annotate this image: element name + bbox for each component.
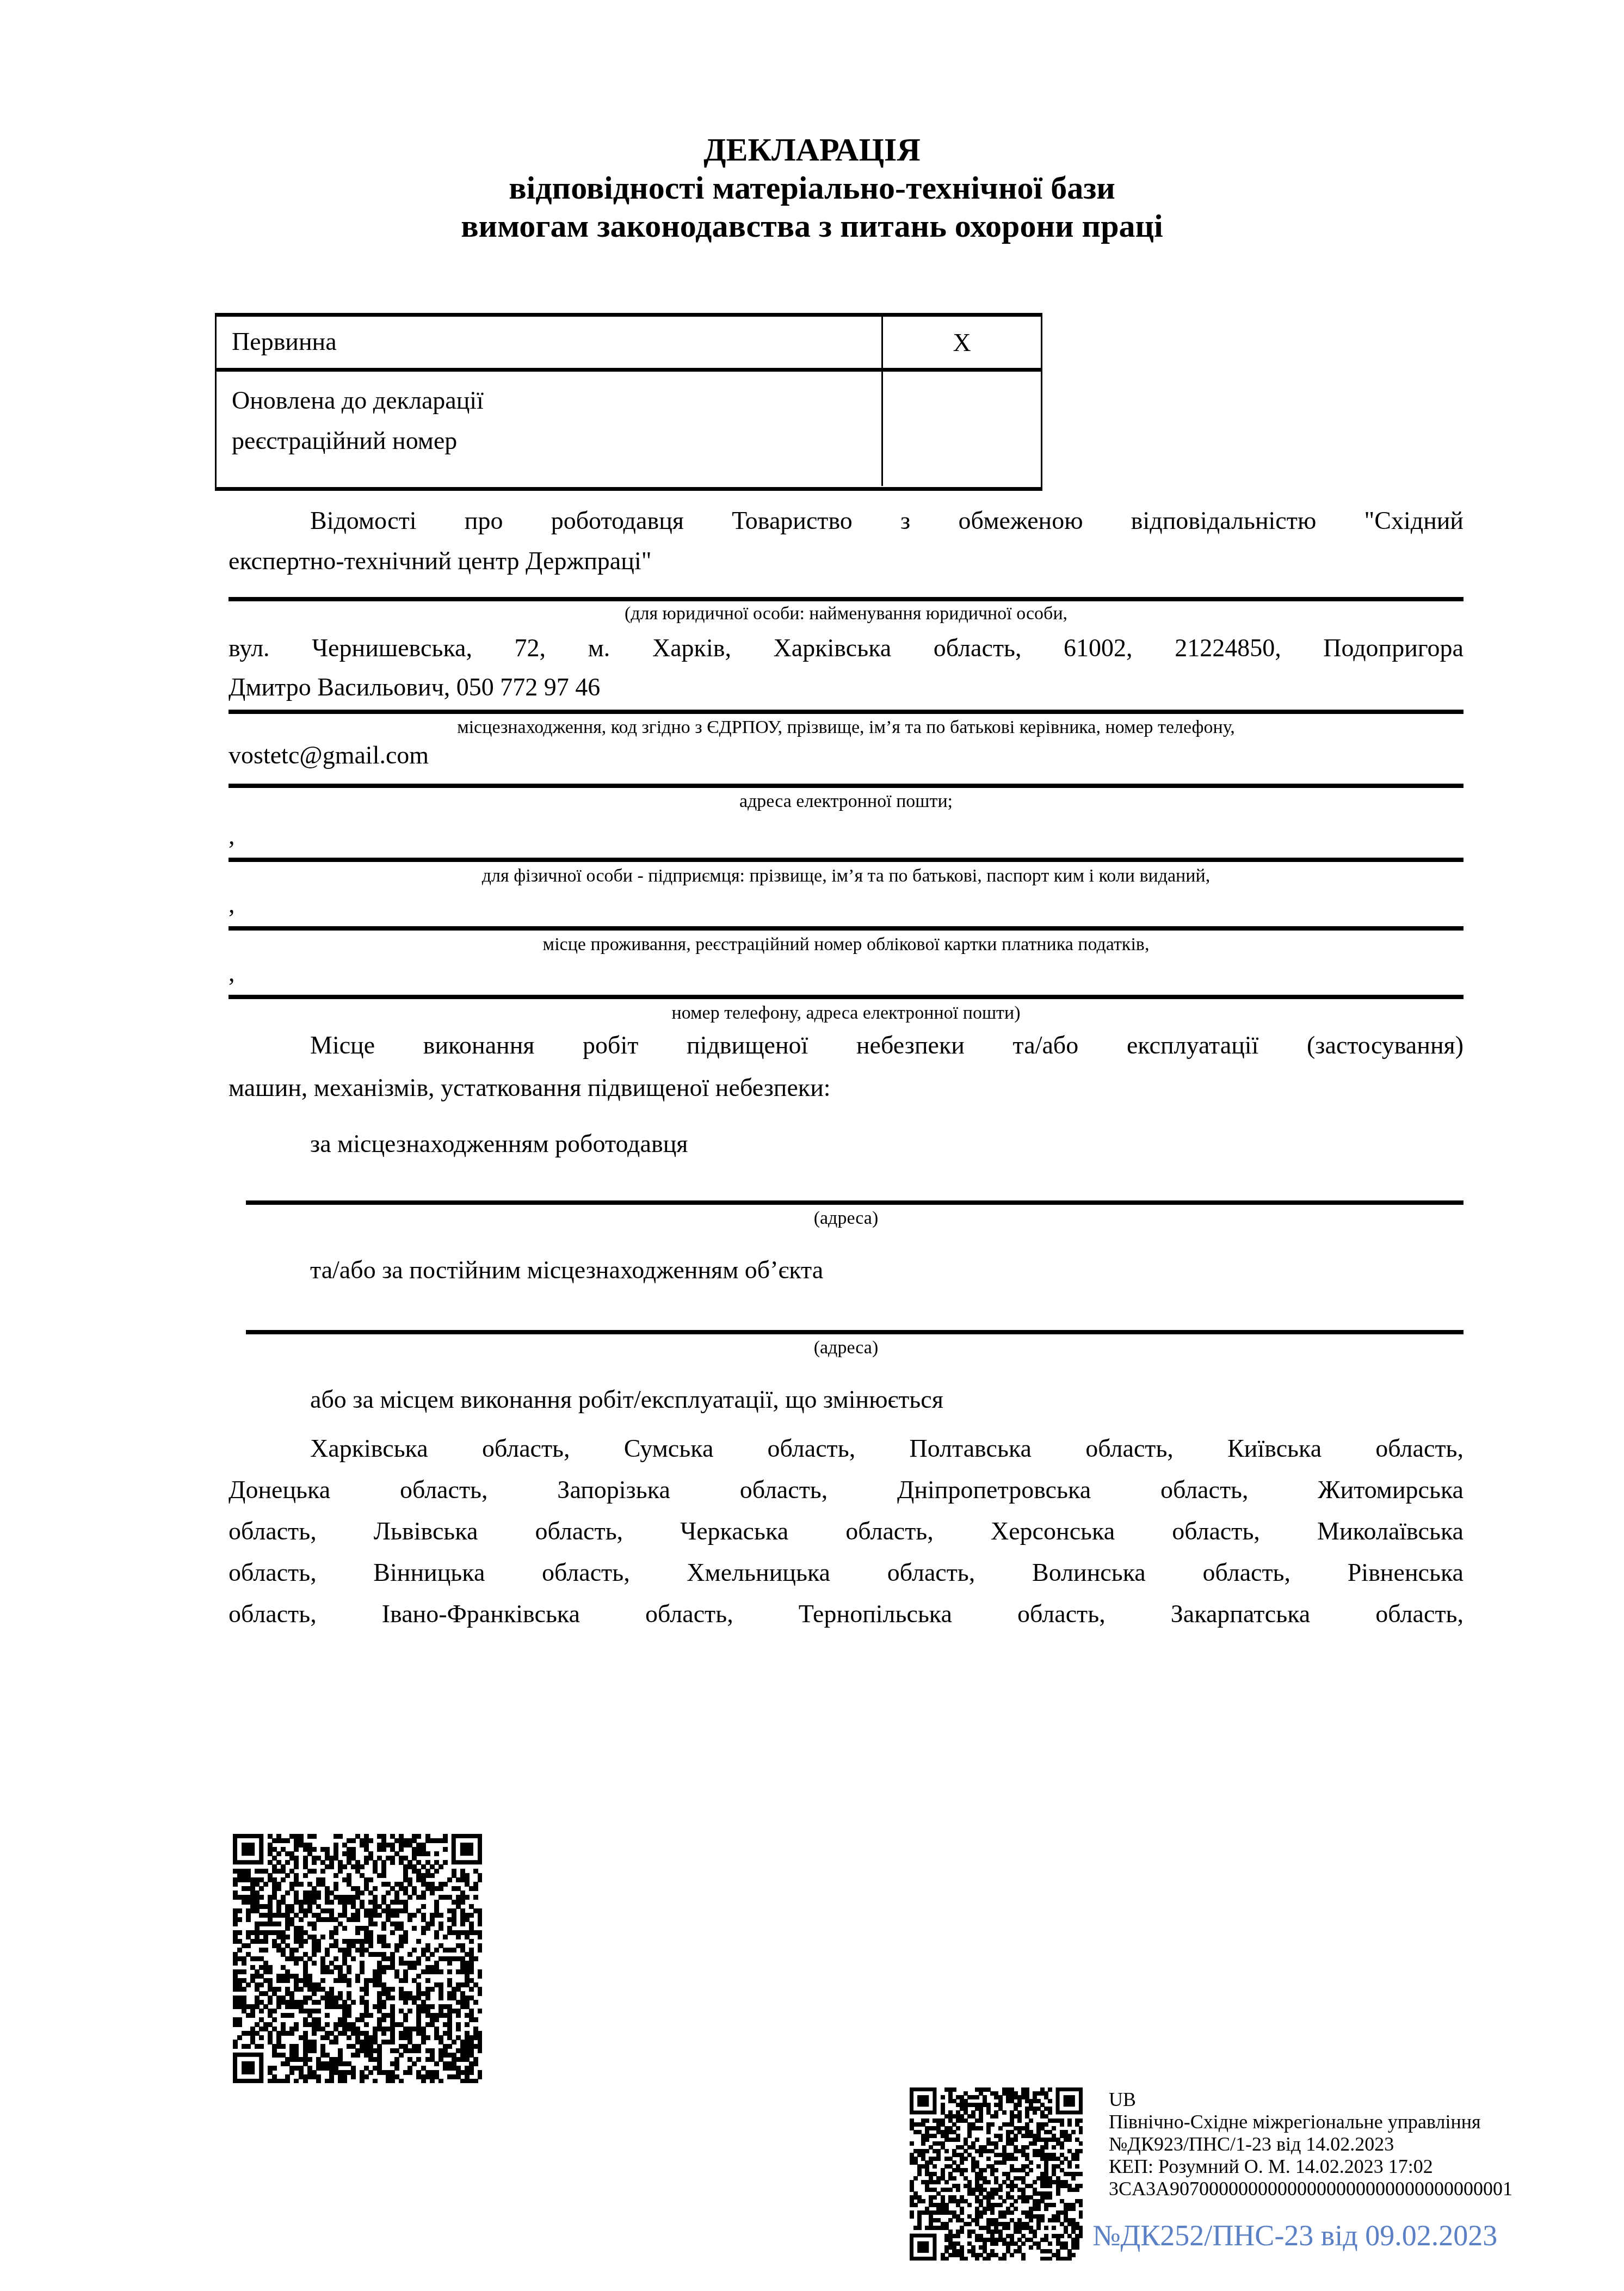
primary-label-cell: Первинна — [217, 317, 883, 368]
employer-line: Відомості про роботодавця Товариство з о… — [229, 501, 1464, 541]
address-caption: (адреса) — [229, 1336, 1464, 1360]
regions-line: область, Івано-Франківська область, Терн… — [229, 1593, 1464, 1635]
email-line: vostetc@gmail.com — [229, 736, 1464, 775]
form-caption-legal-entity: (для юридичної особи: найменування юриди… — [229, 602, 1464, 626]
address-line: Дмитро Васильович, 050 772 97 46 — [229, 668, 1464, 707]
underline — [246, 1330, 1464, 1334]
underline — [229, 858, 1464, 862]
table-row: Первинна X — [217, 317, 1041, 372]
signature-stamp-text: UB Північно-Східне міжрегіональне управл… — [1109, 2089, 1512, 2200]
primary-mark-cell: X — [883, 317, 1041, 368]
stamp-line: UB — [1109, 2089, 1512, 2111]
comma-line: , — [229, 885, 1464, 924]
document-page: ДЕКЛАРАЦІЯ відповідності матеріально-тех… — [0, 0, 1624, 2291]
updated-label-line: Оновлена до декларації — [232, 380, 881, 421]
employer-line: експертно-технічний центр Держпраці" — [229, 541, 1464, 581]
stamp-line: КЕП: Розумний О. М. 14.02.2023 17:02 — [1109, 2155, 1512, 2178]
updated-mark-cell — [883, 372, 1041, 486]
regions-line: область, Вінницька область, Хмельницька … — [229, 1552, 1464, 1593]
object-location-line: та/або за постійним місцезнаходженням об… — [229, 1251, 1464, 1290]
updated-label-line: реєстраційний номер — [232, 421, 881, 461]
document-title: ДЕКЛАРАЦІЯ відповідності матеріально-тех… — [0, 131, 1624, 245]
form-caption-phone-email: номер телефону, адреса електронної пошти… — [229, 1001, 1464, 1025]
declaration-type-table: Первинна X Оновлена до декларації реєстр… — [215, 313, 1042, 491]
stamp-line: №ДК923/ПНС/1-23 від 14.02.2023 — [1109, 2133, 1512, 2155]
address-paragraph: вул. Чернишевська, 72, м. Харків, Харків… — [229, 629, 1464, 707]
changing-location-line: або за місцем виконання робіт/експлуатац… — [229, 1380, 1464, 1419]
regions-line: Донецька область, Запорізька область, Дн… — [229, 1469, 1464, 1511]
underline — [229, 926, 1464, 931]
regions-paragraph: Харківська область, Сумська область, Пол… — [229, 1428, 1464, 1635]
employer-paragraph: Відомості про роботодавця Товариство з о… — [229, 501, 1464, 581]
title-line: вимогам законодавства з питань охорони п… — [0, 207, 1624, 245]
regions-line: Харківська область, Сумська область, Пол… — [229, 1428, 1464, 1469]
underline — [229, 995, 1464, 999]
stamp-line: 3CA3A90700000000000000000000000000000001 — [1109, 2178, 1512, 2200]
declaration-qr-code-icon — [233, 1834, 482, 2083]
underline — [229, 710, 1464, 714]
underline — [246, 1200, 1464, 1205]
address-line: вул. Чернишевська, 72, м. Харків, Харків… — [229, 629, 1464, 668]
updated-label-cell: Оновлена до декларації реєстраційний ном… — [217, 372, 883, 486]
registration-number: №ДК252/ПНС-23 від 09.02.2023 — [1092, 2219, 1497, 2252]
address-caption: (адреса) — [229, 1206, 1464, 1230]
title-line: ДЕКЛАРАЦІЯ — [0, 131, 1624, 169]
comma-line: , — [229, 816, 1464, 855]
comma-line: , — [229, 953, 1464, 993]
underline — [229, 784, 1464, 788]
workplace-line: машин, механізмів, устатковання підвищен… — [229, 1067, 1464, 1109]
underline — [229, 597, 1464, 601]
workplace-paragraph: Місце виконання робіт підвищеної небезпе… — [229, 1024, 1464, 1109]
stamp-line: Північно-Східне міжрегіональне управлінн… — [1109, 2111, 1512, 2133]
regions-line: область, Львівська область, Черкаська об… — [229, 1511, 1464, 1552]
title-line: відповідності матеріально-технічної бази — [0, 169, 1624, 207]
form-caption-email: адреса електронної пошти; — [229, 790, 1464, 814]
employer-location-line: за місцезнаходженням роботодавця — [229, 1124, 1464, 1163]
workplace-line: Місце виконання робіт підвищеної небезпе… — [229, 1024, 1464, 1067]
table-row: Оновлена до декларації реєстраційний ном… — [217, 372, 1041, 486]
signature-stamp-qr-code-icon — [910, 2087, 1083, 2261]
